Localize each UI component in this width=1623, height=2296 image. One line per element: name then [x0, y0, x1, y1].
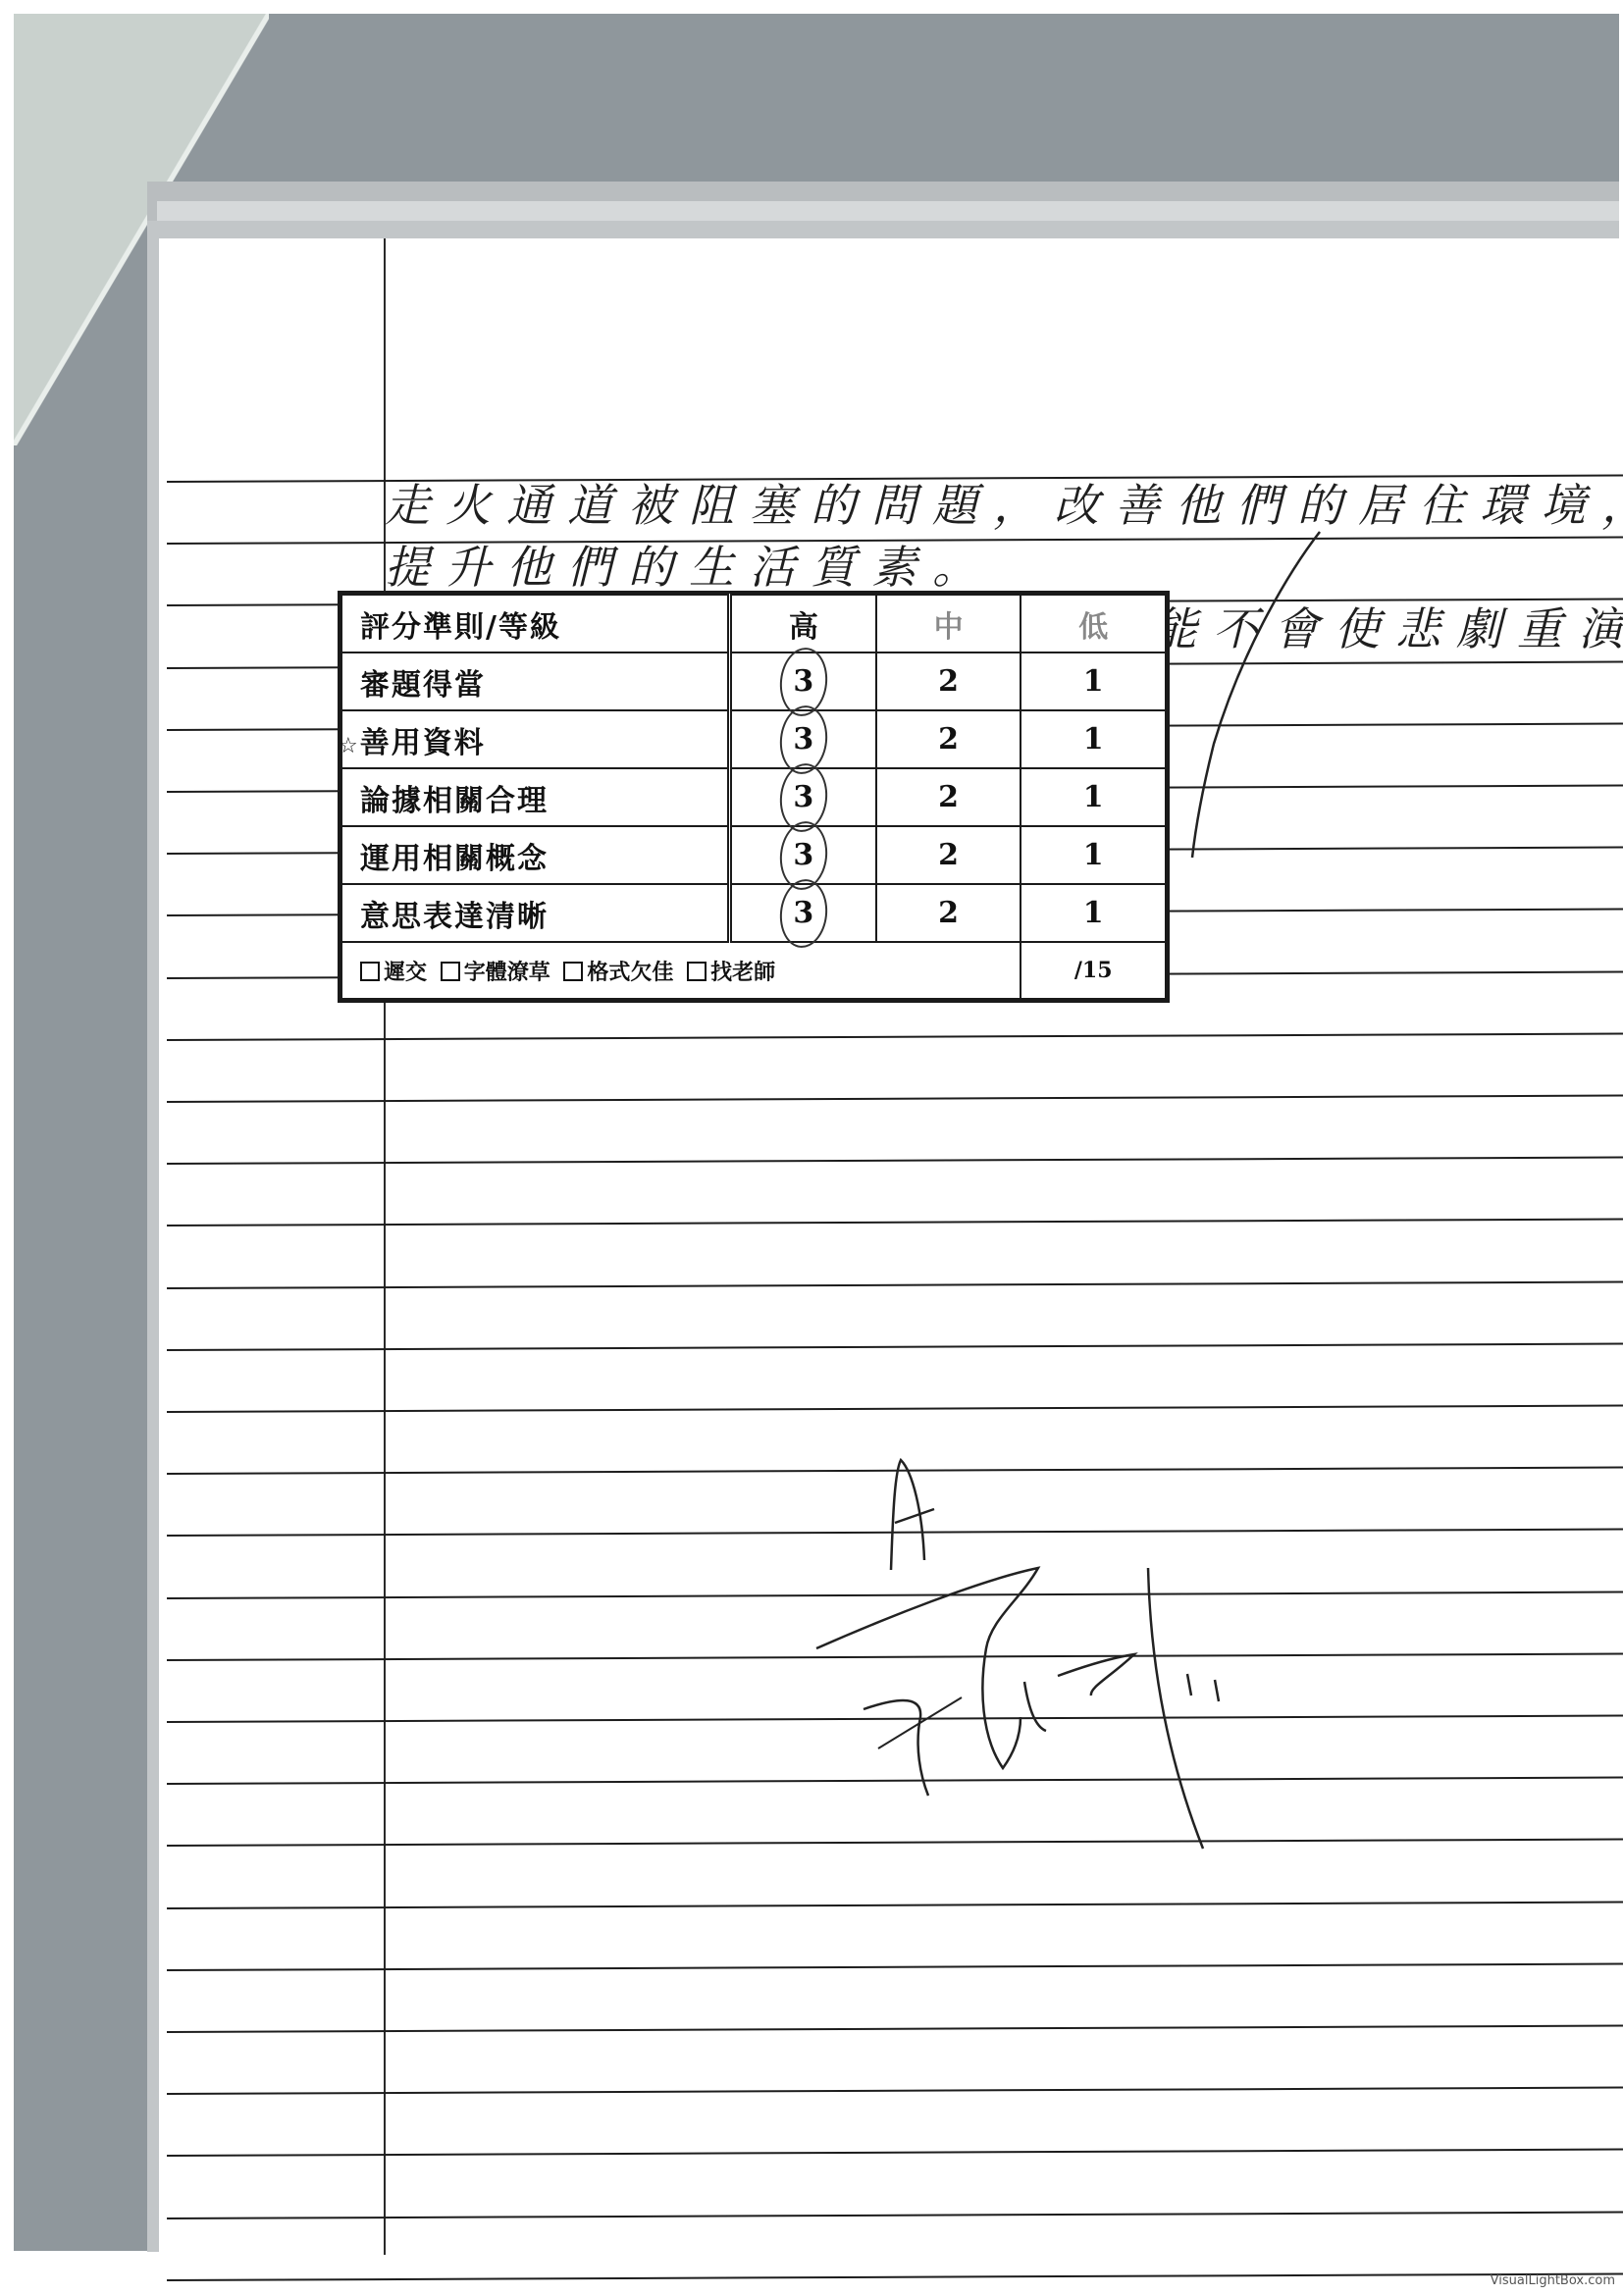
rubric-row: 意思表達清晰321: [341, 884, 1166, 942]
score-option: 1: [1021, 768, 1166, 826]
score-option: 1: [1021, 884, 1166, 942]
ruled-line: [167, 2272, 1623, 2280]
rubric-flags: 遲交 字體潦草 格式欠佳 找老師: [341, 942, 1021, 999]
score-value: 1: [1083, 722, 1104, 757]
selected-score: 3: [729, 652, 875, 710]
score-value: 2: [938, 896, 959, 930]
essay-line: 提升他們的生活質素。: [385, 538, 1623, 597]
score-option: 2: [876, 652, 1021, 710]
flag-late: 遲交: [384, 961, 427, 985]
flag-poor-format: 格式欠佳: [587, 961, 673, 985]
score-value: 2: [938, 722, 959, 757]
score-value: 2: [938, 664, 959, 699]
rubric-total: /15: [1021, 942, 1166, 999]
rubric-criterion: 意思表達清晰: [341, 884, 729, 942]
checkbox-icon: [563, 962, 583, 981]
rubric-criterion: 運用相關概念: [341, 826, 729, 884]
checkbox-icon: [441, 962, 460, 981]
teacher-signature: [785, 1452, 1276, 1864]
rubric-row: 運用相關概念321: [341, 826, 1166, 884]
star-icon: ☆: [339, 734, 360, 758]
selected-score: 3: [729, 826, 875, 884]
criterion-label: 論據相關合理: [360, 784, 549, 818]
score-option: 1: [1021, 710, 1166, 768]
score-option: 2: [876, 884, 1021, 942]
checkbox-icon: [360, 962, 380, 981]
rubric-header-row: 評分準則/等級 高 中 低: [341, 595, 1166, 652]
grading-rubric: 評分準則/等級 高 中 低 審題得當321☆善用資料321論據相關合理321運用…: [338, 591, 1170, 1003]
checkbox-icon: [687, 962, 707, 981]
score-value: 1: [1083, 780, 1104, 814]
circle-mark-icon: [776, 876, 830, 950]
selected-score: 3: [729, 768, 875, 826]
rubric-row: ☆善用資料321: [341, 710, 1166, 768]
criterion-label: 審題得當: [360, 668, 486, 703]
rubric-criterion: ☆善用資料: [341, 710, 729, 768]
level-high-header: 高: [729, 595, 875, 652]
teacher-check-stroke: [1175, 528, 1322, 861]
rubric-row: 審題得當321: [341, 652, 1166, 710]
criterion-label: 意思表達清晰: [360, 900, 549, 934]
flag-messy-handwriting: 字體潦草: [464, 961, 550, 985]
score-value: 1: [1083, 664, 1104, 699]
score-value: 1: [1083, 896, 1104, 930]
score-option: 1: [1021, 652, 1166, 710]
criterion-label: 善用資料: [360, 726, 486, 760]
score-value: 2: [938, 780, 959, 814]
selected-score: 3: [729, 884, 875, 942]
watermark: VisualLightBox.com: [1491, 2273, 1615, 2288]
flag-see-teacher: 找老師: [710, 961, 775, 985]
level-mid-header: 中: [876, 595, 1021, 652]
lined-paper-page: 走火通道被阻塞的問題，改善他們的居住環境，以 提升他們的生活質素。 在以上的改善…: [159, 238, 1623, 2255]
score-option: 2: [876, 826, 1021, 884]
rubric-criterion: 論據相關合理: [341, 768, 729, 826]
criterion-label: 運用相關概念: [360, 842, 549, 876]
score-value: 1: [1083, 838, 1104, 872]
score-value: 2: [938, 838, 959, 872]
score-option: 2: [876, 710, 1021, 768]
selected-score: 3: [729, 710, 875, 768]
rubric-criteria-header: 評分準則/等級: [341, 595, 729, 652]
rubric-row: 論據相關合理321: [341, 768, 1166, 826]
level-low-header: 低: [1021, 595, 1166, 652]
essay-line: 走火通道被阻塞的問題，改善他們的居住環境，以: [385, 476, 1623, 535]
score-option: 2: [876, 768, 1021, 826]
score-option: 1: [1021, 826, 1166, 884]
rubric-footer-row: 遲交 字體潦草 格式欠佳 找老師 /15: [341, 942, 1166, 999]
rubric-criterion: 審題得當: [341, 652, 729, 710]
